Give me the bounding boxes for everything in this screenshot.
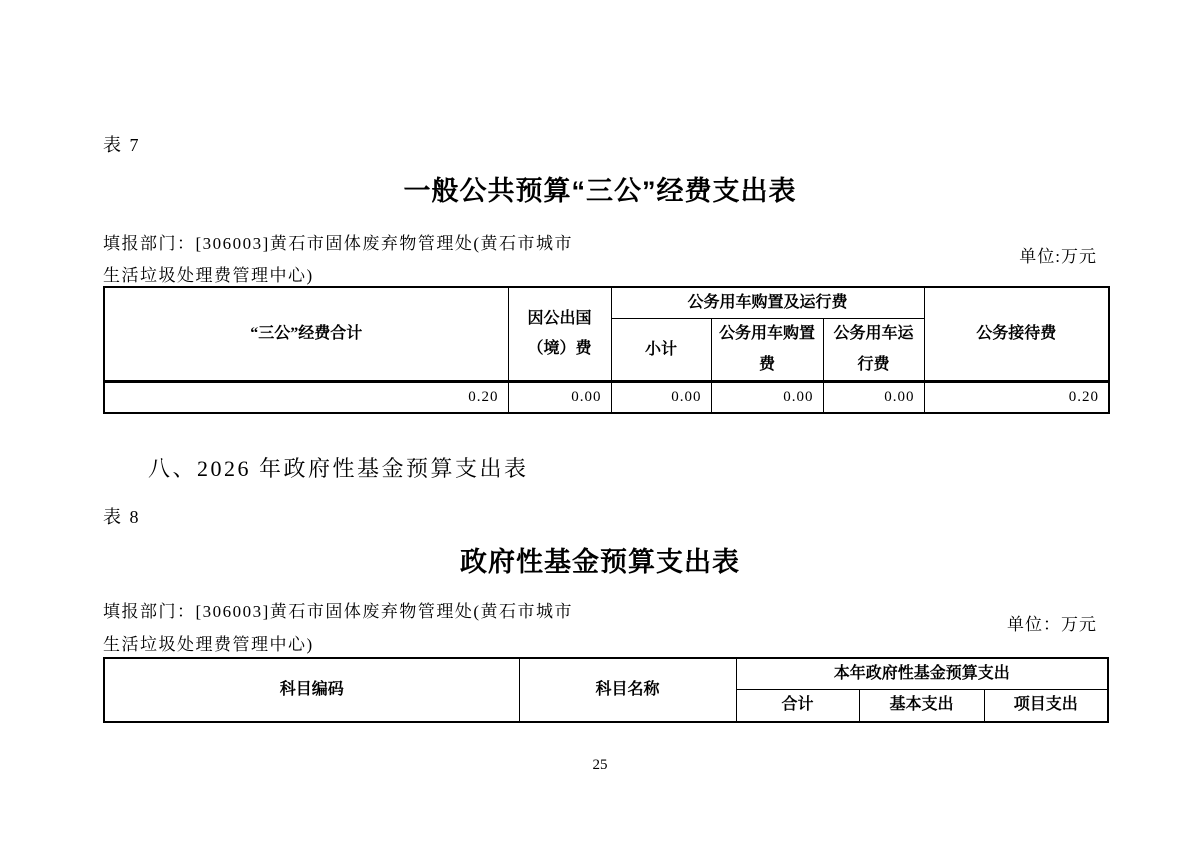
header-vehicle-purchase-line1: 公务用车购置 xyxy=(712,319,823,349)
table8-title: 政府性基金预算支出表 xyxy=(0,540,1200,579)
value-vehicle-purchase: 0.00 xyxy=(711,382,823,413)
table7-title: 一般公共预算“三公”经费支出表 xyxy=(0,169,1200,208)
header-vehicle-purchase-line2: 费 xyxy=(712,350,823,380)
table7-department-line2: 生活垃圾处理费管理中心) xyxy=(103,261,314,286)
header-vehicle-subtotal: 小计 xyxy=(611,319,711,382)
table-row: 0.20 0.00 0.00 0.00 0.00 0.20 xyxy=(104,382,1109,413)
value-vehicle-subtotal: 0.00 xyxy=(611,382,711,413)
three-public-expense-table: “三公”经费合计 因公出国 （境）费 公务用车购置及运行费 公务接待费 小计 公… xyxy=(103,286,1110,414)
header-three-public-total: “三公”经费合计 xyxy=(104,287,508,382)
header-reception-expense: 公务接待费 xyxy=(924,287,1109,382)
table7-label: 表 7 xyxy=(103,131,141,157)
header-vehicle-group: 公务用车购置及运行费 xyxy=(611,287,924,319)
header-fund-total: 合计 xyxy=(736,690,859,722)
page-number: 25 xyxy=(0,757,1200,774)
header-vehicle-operation: 公务用车运 行费 xyxy=(823,319,924,382)
header-abroad-line1: 因公出国 xyxy=(509,304,611,334)
header-subject-code: 科目编码 xyxy=(104,658,519,722)
government-fund-budget-table: 科目编码 科目名称 本年政府性基金预算支出 合计 基本支出 项目支出 xyxy=(103,657,1109,723)
header-subject-name: 科目名称 xyxy=(519,658,736,722)
header-fund-budget-group: 本年政府性基金预算支出 xyxy=(736,658,1108,690)
document-page: 表 7 一般公共预算“三公”经费支出表 填报部门：[306003]黄石市固体废弃… xyxy=(0,0,1200,848)
header-basic-expense: 基本支出 xyxy=(859,690,984,722)
table8-label: 表 8 xyxy=(103,503,141,529)
value-three-public-total: 0.20 xyxy=(104,382,508,413)
header-project-expense: 项目支出 xyxy=(984,690,1108,722)
value-reception-expense: 0.20 xyxy=(924,382,1109,413)
table-row: “三公”经费合计 因公出国 （境）费 公务用车购置及运行费 公务接待费 xyxy=(104,287,1109,319)
header-abroad-expense: 因公出国 （境）费 xyxy=(508,287,611,382)
value-vehicle-operation: 0.00 xyxy=(823,382,924,413)
value-abroad-expense: 0.00 xyxy=(508,382,611,413)
header-vehicle-operation-line1: 公务用车运 xyxy=(824,319,924,349)
table-row: 科目编码 科目名称 本年政府性基金预算支出 xyxy=(104,658,1108,690)
header-vehicle-purchase: 公务用车购置 费 xyxy=(711,319,823,382)
header-vehicle-operation-line2: 行费 xyxy=(824,350,924,380)
table8-department-line2: 生活垃圾处理费管理中心) xyxy=(103,630,314,655)
header-abroad-line2: （境）费 xyxy=(509,334,611,364)
section-heading: 八、2026 年政府性基金预算支出表 xyxy=(148,452,529,483)
